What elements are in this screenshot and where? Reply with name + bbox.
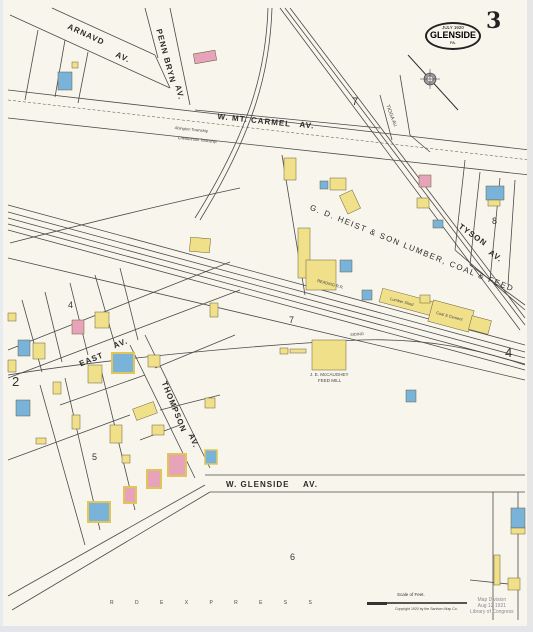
feed-mill-label: FEED MILL (318, 378, 341, 383)
scan-bottom-edge (0, 626, 533, 632)
library-stamp: Map Division Aug 12 1921 Library of Cong… (470, 597, 514, 615)
feed-mill-building (312, 340, 346, 370)
map-title: GLENSIDE (427, 31, 479, 40)
map-title-cartouche: JULY 1920 GLENSIDE PA. (425, 22, 481, 50)
feed-mill-owner-label: J. E. McCAUGHEY (310, 372, 349, 377)
block-number-2: 2 (12, 374, 20, 389)
block-number-4-west: 4 (68, 300, 74, 310)
map-state: PA. (427, 40, 479, 45)
w-glenside-av-label: W. GLENSIDE (226, 480, 289, 489)
scan-right-edge (527, 0, 533, 632)
mt-carmel-av-suffix: AV. (299, 120, 315, 131)
block-number-6: 6 (290, 552, 296, 562)
block-number-8: 8 (492, 216, 498, 226)
bottom-street-label: R D E X P R E S S (110, 600, 322, 606)
stamp-line-3: Library of Congress (470, 609, 514, 615)
block-number-7-south: 7 (289, 315, 295, 325)
scale-label: Scale of Feet. (397, 592, 425, 597)
w-glenside-av-suffix: AV. (303, 480, 318, 489)
sheet-number: 3 (486, 8, 501, 34)
block-number-5: 5 (92, 452, 98, 462)
buildings (8, 50, 525, 590)
block-number-4-east: 4 (505, 345, 513, 360)
sanborn-map-sheet: ARNAVD AV. PENN BRYN AV. W. MT. CARMEL A… (0, 0, 533, 632)
block-number-7-north: 7 (352, 96, 359, 108)
compass-rose-icon (408, 55, 458, 110)
scale-bar (367, 602, 467, 605)
copyright-label: Copyright 1920 by the Sanborn Map Co. (395, 607, 458, 611)
siding-label: SIDING (350, 331, 364, 337)
mt-carmel-av-south (8, 118, 530, 175)
